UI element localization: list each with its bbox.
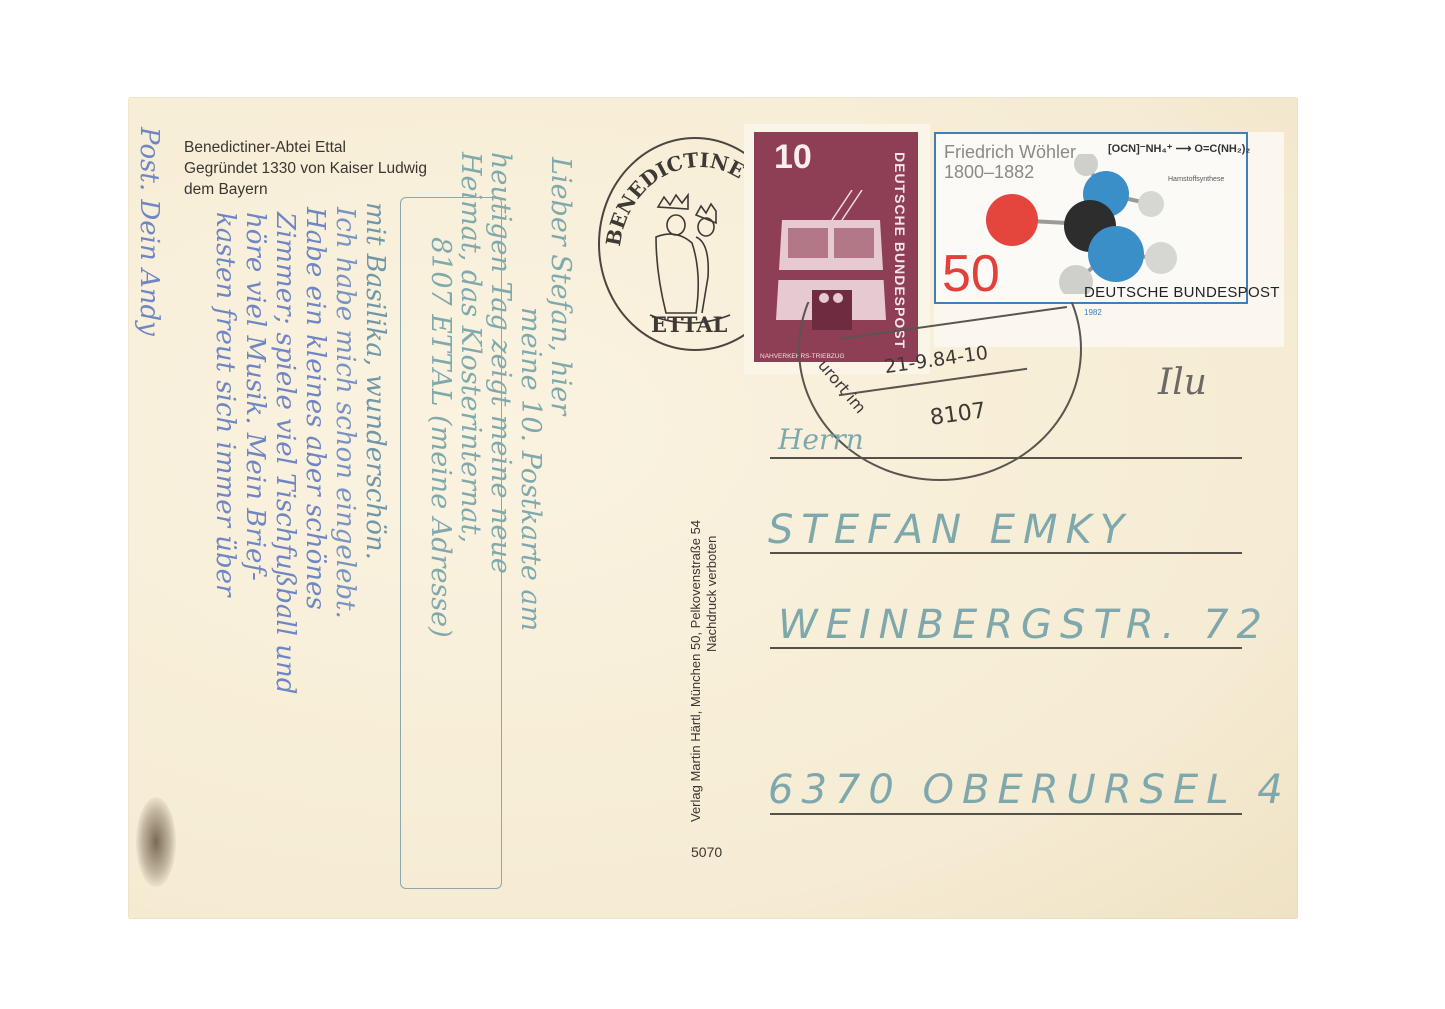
printed-caption: Benedictiner-Abtei Ettal Gegründet 1330 …	[184, 137, 427, 200]
stamp-50-year: 1982	[1084, 308, 1102, 317]
address-name: STEFAN EMKY	[768, 507, 1132, 553]
imprint-line-1: Verlag Martin Härtl, München 50, Pelkove…	[688, 520, 704, 822]
dirt-smudge	[136, 797, 176, 887]
message-line-9: Zimmer; spiele viel Tischfußball und	[270, 212, 300, 694]
urea-molecule-illustration	[976, 154, 1206, 294]
message-line-12: Post. Dein Andy	[134, 127, 164, 336]
address-line-4	[770, 813, 1242, 815]
message-line-10: höre viel Musik. Mein Brief-	[240, 212, 270, 581]
message-line-2: meine 10. Postkarte am	[515, 307, 546, 631]
caption-line-1: Benedictiner-Abtei Ettal	[184, 137, 427, 158]
address-street: WEINBERGSTR. 72	[778, 602, 1270, 648]
stamp-10-value: 10	[774, 138, 812, 177]
message-line-11: kasten freut sich immer über	[210, 212, 240, 596]
postcard: Benedictiner-Abtei Ettal Gegründet 1330 …	[128, 97, 1298, 919]
address-salutation: Herrn	[778, 423, 864, 456]
card-number: 5070	[691, 842, 722, 863]
imprint-line-2: Nachdruck verboten	[704, 520, 720, 822]
message-line-8: Habe ein kleines aber schönes	[300, 207, 330, 610]
caption-line-2: Gegründet 1330 von Kaiser Ludwig	[184, 158, 427, 179]
stamp-50-issuer: DEUTSCHE BUNDESPOST	[1084, 284, 1280, 301]
publisher-imprint: Verlag Martin Härtl, München 50, Pelkove…	[688, 520, 720, 822]
address-box-outline	[400, 197, 502, 889]
address-city: 6370 OBERURSEL 4	[768, 767, 1291, 813]
message-line-7: Ich habe mich schon eingelebt.	[330, 207, 360, 619]
postmark-ettal: ETTAL	[651, 312, 727, 337]
message-line-1: Lieber Stefan, hier	[545, 157, 576, 415]
address-line-1	[770, 457, 1242, 459]
caption-line-3: dem Bayern	[184, 179, 427, 200]
pencil-note: Ilu	[1158, 362, 1207, 403]
message-line-6: mit Basilika, wunderschön.	[360, 202, 390, 560]
stamp-50-value: 50	[942, 248, 1000, 300]
